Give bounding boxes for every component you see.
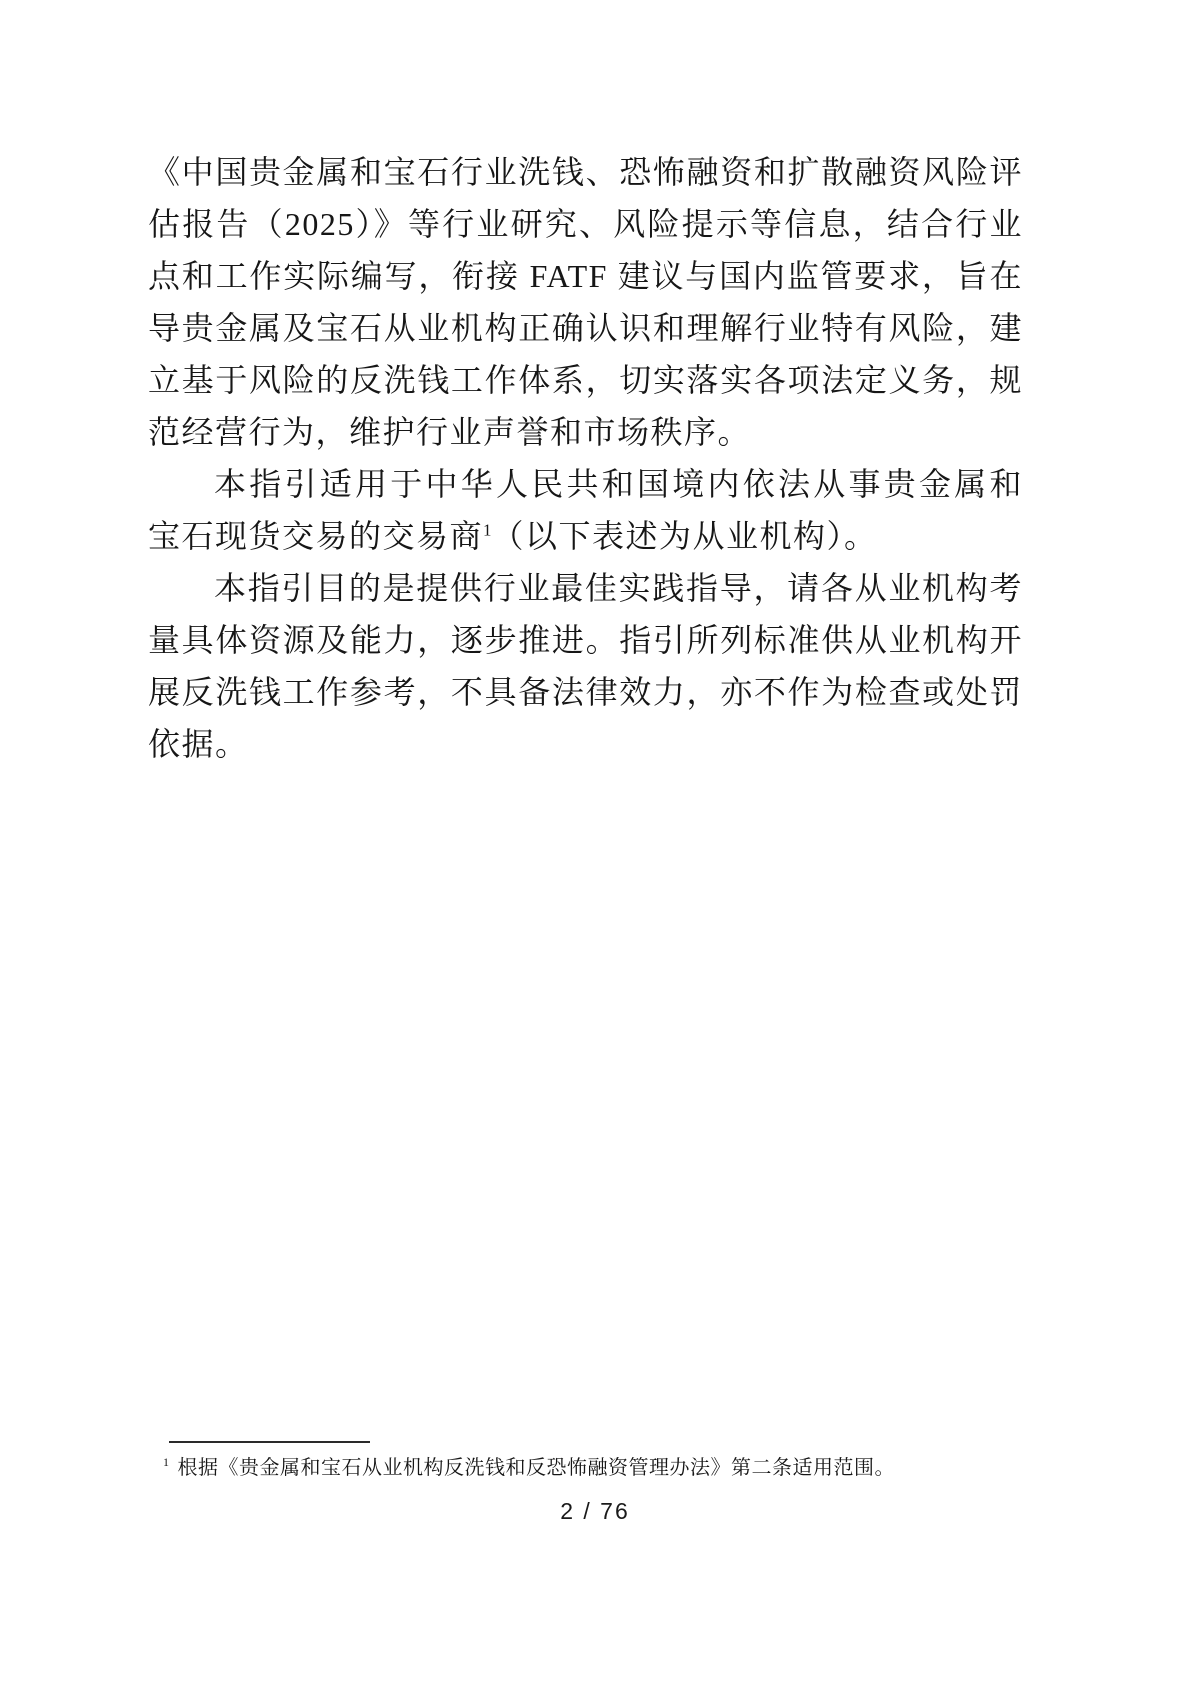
text-line: 范经营行为，维护行业声誉和市场秩序。 bbox=[148, 406, 1023, 458]
footnote: 1根据《贵金属和宝石从业机构反洗钱和反恐怖融资管理办法》第二条适用范围。 bbox=[163, 1452, 993, 1484]
footnote-reference-marker: 1 bbox=[483, 520, 492, 539]
text-line: 点和工作实际编写，衔接 FATF 建议与国内监管要求，旨在指 bbox=[148, 250, 1023, 302]
document-body: 《中国贵金属和宝石行业洗钱、恐怖融资和扩散融资风险评 估报告（2025）》等行业… bbox=[148, 146, 1023, 770]
text-line: 立基于风险的反洗钱工作体系，切实落实各项法定义务，规 bbox=[148, 354, 1023, 406]
text-line: 导贵金属及宝石从业机构正确认识和理解行业特有风险，建 bbox=[148, 302, 1023, 354]
page-number: 2 / 76 bbox=[0, 1498, 1190, 1525]
text-line: 估报告（2025）》等行业研究、风险提示等信息，结合行业特 bbox=[148, 198, 1023, 250]
text-line: 展反洗钱工作参考，不具备法律效力，亦不作为检查或处罚 bbox=[148, 666, 1023, 718]
footnote-marker: 1 bbox=[163, 1455, 170, 1469]
footnote-text: 根据《贵金属和宝石从业机构反洗钱和反恐怖融资管理办法》第二条适用范围。 bbox=[178, 1457, 896, 1479]
text-line: 依据。 bbox=[148, 718, 1023, 770]
text-line: 量具体资源及能力，逐步推进。指引所列标准供从业机构开 bbox=[148, 614, 1023, 666]
text-segment: （以下表述为从业机构）。 bbox=[492, 518, 878, 554]
text-line-paragraph-start: 本指引目的是提供行业最佳实践指导，请各从业机构考 bbox=[148, 562, 1023, 614]
text-line: 《中国贵金属和宝石行业洗钱、恐怖融资和扩散融资风险评 bbox=[148, 146, 1023, 198]
text-segment: 宝石现货交易的交易商 bbox=[148, 518, 483, 554]
document-page: 《中国贵金属和宝石行业洗钱、恐怖融资和扩散融资风险评 估报告（2025）》等行业… bbox=[0, 0, 1190, 1683]
text-line-paragraph-start: 本指引适用于中华人民共和国境内依法从事贵金属和 bbox=[148, 458, 1023, 510]
text-line-with-footnote-ref: 宝石现货交易的交易商1（以下表述为从业机构）。 bbox=[148, 510, 1023, 562]
footnote-separator-rule bbox=[169, 1441, 370, 1443]
